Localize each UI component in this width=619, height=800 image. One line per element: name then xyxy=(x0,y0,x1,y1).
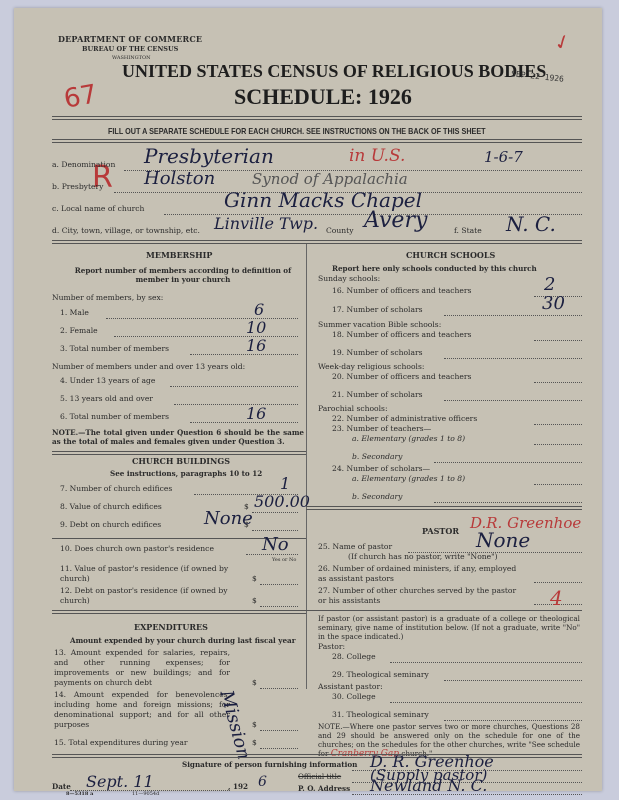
edifices-debt-label: 9. Debt on church edifices xyxy=(60,520,161,529)
edifices-count-label: 7. Number of church edifices xyxy=(60,484,172,493)
scholars-elementary-label: a. Elementary (grades 1 to 8) xyxy=(352,474,465,483)
church-schools-heading: CHURCH SCHOOLS xyxy=(406,250,495,260)
edifices-value-value[interactable]: 500.00 xyxy=(254,492,310,511)
scholars-label: 24. Number of scholars— xyxy=(332,464,430,473)
fill-line xyxy=(260,688,298,689)
expenditures-heading: EXPENDITURES xyxy=(134,622,208,632)
assistant-college-label: 30. College xyxy=(332,692,376,701)
over-13-label: 5. 13 years old and over xyxy=(60,394,153,403)
state-label: f. State xyxy=(454,226,482,235)
assistant-seminary-label: 31. Theological seminary xyxy=(332,710,429,719)
total-members-6-value[interactable]: 16 xyxy=(246,404,266,423)
male-label: 1. Male xyxy=(60,308,89,317)
total-members-label: 3. Total number of members xyxy=(60,344,169,353)
owns-residence-label: 10. Does church own pastor's residence xyxy=(60,544,214,553)
bureau-label: BUREAU OF THE CENSUS xyxy=(82,45,178,53)
running-expenses-label: 13. Amount expended for salaries, repair… xyxy=(54,648,230,688)
po-address-label: P. O. Address xyxy=(298,784,350,793)
fill-line xyxy=(534,582,582,583)
pastor-name-label: 25. Name of pastor xyxy=(318,542,392,551)
divider xyxy=(52,754,582,758)
sunday-schools-label: Sunday schools: xyxy=(318,274,380,283)
male-value[interactable]: 6 xyxy=(254,300,264,319)
form-number: 8—5318 a xyxy=(66,791,93,797)
fill-line xyxy=(444,358,582,359)
parochial-schools-label: Parochial schools: xyxy=(318,404,388,413)
fill-line xyxy=(260,748,298,749)
presbytery-value[interactable]: Holston xyxy=(144,168,215,189)
signature-label: Signature of person furnishing informati… xyxy=(182,760,357,769)
teachers-label: 23. Number of teachers— xyxy=(332,424,431,433)
department-label: DEPARTMENT OF COMMERCE xyxy=(58,34,202,44)
document-title: UNITED STATES CENSUS OF RELIGIOUS BODIES xyxy=(122,61,546,82)
fill-line xyxy=(190,422,298,423)
fill-line xyxy=(260,606,298,607)
weekday-scholars-label: 21. Number of scholars xyxy=(332,390,423,399)
sunday-officers-label: 16. Number of officers and teachers xyxy=(332,286,471,295)
local-name-label: c. Local name of church xyxy=(52,204,144,213)
schedule-title: SCHEDULE: 1926 xyxy=(234,84,412,110)
membership-note: NOTE.—The total given under Question 6 s… xyxy=(52,428,304,446)
fill-line xyxy=(434,502,582,503)
year-prefix: , 192 xyxy=(228,782,248,791)
fill-line xyxy=(444,720,582,721)
female-label: 2. Female xyxy=(60,326,98,335)
edifices-value-label: 8. Value of church edifices xyxy=(60,502,162,511)
teachers-secondary-label: b. Secondary xyxy=(352,452,402,461)
summer-scholars-label: 19. Number of scholars xyxy=(332,348,423,357)
dollar-sign: $ xyxy=(252,574,257,583)
fill-line xyxy=(534,424,582,425)
fill-line xyxy=(534,340,582,341)
fill-line xyxy=(114,336,298,337)
fill-line xyxy=(534,382,582,383)
sunday-officers-value[interactable]: 2 xyxy=(544,274,555,295)
fill-line xyxy=(534,484,582,485)
print-number: 11—9054d xyxy=(132,791,159,797)
city-township-label: d. City, town, village, or township, etc… xyxy=(52,226,200,235)
residence-value-label: 11. Value of pastor's residence (if owne… xyxy=(60,564,245,584)
residence-debt-label: 12. Debt on pastor's residence (if owned… xyxy=(60,586,245,606)
instruction-banner: FILL OUT A SEPARATE SCHEDULE FOR EACH CH… xyxy=(108,126,486,136)
fill-line xyxy=(534,444,582,445)
red-check-icon: ✓ xyxy=(550,28,574,56)
denomination-value[interactable]: Presbyterian xyxy=(144,144,274,168)
college-label: 28. College xyxy=(332,652,376,661)
red-number-mark: 67 xyxy=(62,79,100,114)
state-value[interactable]: N. C. xyxy=(506,212,556,236)
church-schools-subheading: Report here only schools conducted by th… xyxy=(332,264,537,273)
county-label: County xyxy=(326,226,354,235)
presbytery-annotation: Synod of Appalachia xyxy=(252,170,408,188)
scholars-secondary-label: b. Secondary xyxy=(352,492,402,501)
dollar-sign: $ xyxy=(252,720,257,729)
teachers-elementary-label: a. Elementary (grades 1 to 8) xyxy=(352,434,465,443)
dollar-sign: $ xyxy=(252,678,257,687)
graduate-note: If pastor (or assistant pastor) is a gra… xyxy=(318,614,580,641)
expenditures-subheading: Amount expended by your church during la… xyxy=(70,636,295,645)
fill-line xyxy=(252,512,298,513)
divider xyxy=(306,610,582,611)
denomination-annotation: in U.S. xyxy=(349,146,405,166)
under-13-label: 4. Under 13 years of age xyxy=(60,376,155,385)
city-township-value[interactable]: Linville Twp. xyxy=(214,214,318,233)
divider xyxy=(306,506,582,510)
seminary-label: 29. Theological seminary xyxy=(332,670,429,679)
members-age-label: Number of members under and over 13 year… xyxy=(52,362,245,371)
official-title-label: Official title xyxy=(298,772,341,781)
fill-line xyxy=(444,315,582,316)
fill-line xyxy=(444,400,582,401)
assistant-subsection-label: Assistant pastor: xyxy=(318,682,383,691)
summer-officers-label: 18. Number of officers and teachers xyxy=(332,330,471,339)
dollar-sign: $ xyxy=(252,738,257,747)
fill-line xyxy=(260,584,298,585)
summer-schools-label: Summer vacation Bible schools: xyxy=(318,320,441,329)
pastor-name-value[interactable]: None xyxy=(476,528,530,552)
fill-line xyxy=(390,662,582,663)
weekday-schools-label: Week-day religious schools: xyxy=(318,362,424,371)
divider xyxy=(52,451,306,455)
divider xyxy=(52,116,582,120)
owns-residence-value[interactable]: No xyxy=(262,534,289,555)
po-address-value[interactable]: Newland N. C. xyxy=(370,776,487,795)
membership-heading: MEMBERSHIP xyxy=(146,250,212,260)
weekday-officers-label: 20. Number of officers and teachers xyxy=(332,372,471,381)
pastor-heading: PASTOR xyxy=(422,526,459,536)
presbytery-label: b. Presbytery xyxy=(52,182,103,191)
fill-line xyxy=(434,462,582,463)
denomination-label: a. Denomination xyxy=(52,160,115,169)
other-churches-value[interactable]: 4 xyxy=(550,586,563,610)
fill-line xyxy=(190,354,298,355)
assistant-ministers-label: 26. Number of ordained ministers, if any… xyxy=(318,564,518,584)
buildings-subheading: See instructions, paragraphs 10 to 12 xyxy=(110,469,262,478)
column-divider xyxy=(306,244,307,689)
pastor-subsection-label: Pastor: xyxy=(318,642,345,651)
pastor-name-hint: (If church has no pastor, write "None") xyxy=(348,552,498,561)
total-members-value[interactable]: 16 xyxy=(246,336,266,355)
members-by-sex-label: Number of members, by sex: xyxy=(52,293,163,302)
date-label: Date xyxy=(52,782,71,791)
divider xyxy=(52,240,582,244)
county-value[interactable]: Avery xyxy=(364,208,427,233)
divider xyxy=(52,139,582,143)
edifices-debt-value[interactable]: None xyxy=(204,508,253,529)
year-digit[interactable]: 6 xyxy=(258,774,267,790)
census-schedule-sheet: DEPARTMENT OF COMMERCE BUREAU OF THE CEN… xyxy=(14,8,602,791)
denomination-code: 1-6-7 xyxy=(484,148,523,166)
fill-line xyxy=(252,530,298,531)
dollar-sign: $ xyxy=(252,596,257,605)
membership-subheading: Report number of members according to de… xyxy=(68,266,298,284)
admin-officers-label: 22. Number of administrative officers xyxy=(332,414,477,423)
total-members-6-label: 6. Total number of members xyxy=(60,412,169,421)
sunday-scholars-value[interactable]: 30 xyxy=(542,293,565,314)
fill-line xyxy=(260,730,298,731)
fill-line xyxy=(390,702,582,703)
edifices-count-value[interactable]: 1 xyxy=(280,474,290,493)
other-churches-label: 27. Number of other churches served by t… xyxy=(318,586,518,606)
female-value[interactable]: 10 xyxy=(246,318,266,337)
fill-line xyxy=(444,680,582,681)
fill-line xyxy=(170,386,298,387)
yes-no-hint: Yes or No xyxy=(272,557,296,563)
benevolences-label: 14. Amount expended for benevolences, in… xyxy=(54,690,230,730)
sunday-scholars-label: 17. Number of scholars xyxy=(332,305,423,314)
buildings-heading: CHURCH BUILDINGS xyxy=(132,456,230,466)
date-value[interactable]: Sept. 11 xyxy=(86,772,154,791)
fill-line xyxy=(174,404,298,405)
divider xyxy=(52,610,306,614)
total-expenditures-label: 15. Total expenditures during year xyxy=(54,738,188,747)
fill-line xyxy=(106,318,298,319)
